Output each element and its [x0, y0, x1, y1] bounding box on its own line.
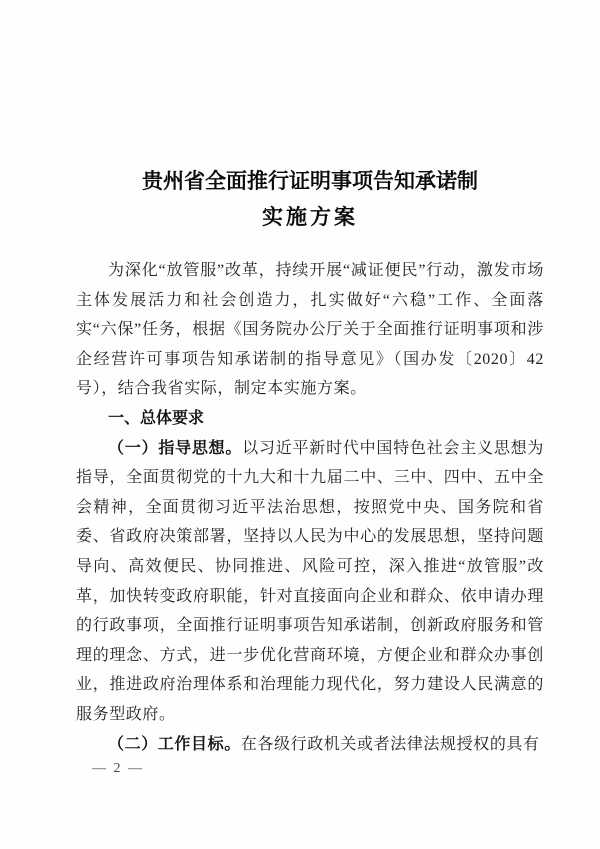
document-page: 贵州省全面推行证明事项告知承诺制 实施方案 为深化“放管服”改革，持续开展“减证…: [0, 0, 600, 849]
paragraph-guiding-ideology: （一）指导思想。以习近平新时代中国特色社会主义思想为指导，全面贯彻党的十九大和十…: [76, 434, 544, 730]
paragraph-guiding-ideology-text: 以习近平新时代中国特色社会主义思想为指导，全面贯彻党的十九大和十九届二中、三中、…: [76, 440, 544, 723]
paragraph-work-goals-lead: （二）工作目标。: [108, 736, 241, 753]
paragraph-guiding-ideology-lead: （一）指导思想。: [108, 440, 242, 457]
section-heading-overall-requirements: 一、总体要求: [76, 404, 544, 434]
document-title: 贵州省全面推行证明事项告知承诺制 实施方案: [76, 163, 544, 235]
paragraph-work-goals-text: 在各级行政机关或者法律法规授权的具有: [241, 736, 540, 753]
document-title-line1: 贵州省全面推行证明事项告知承诺制: [76, 163, 544, 199]
document-title-line2: 实施方案: [76, 199, 544, 235]
page-number: — 2 —: [92, 761, 144, 777]
paragraph-work-goals: （二）工作目标。在各级行政机关或者法律法规授权的具有: [76, 730, 544, 760]
paragraph-preamble: 为深化“放管服”改革，持续开展“减证便民”行动，激发市场主体发展活力和社会创造力…: [76, 256, 544, 404]
